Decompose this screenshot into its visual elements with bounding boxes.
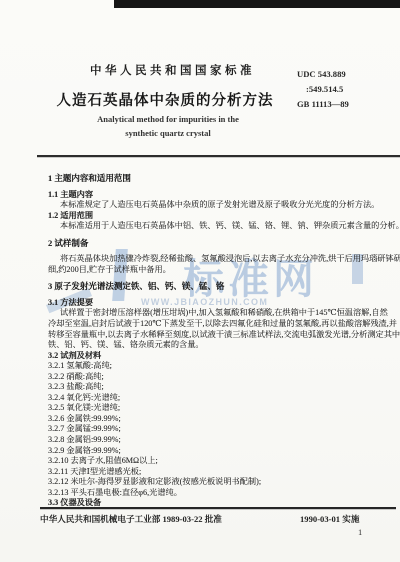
body-line: 1 主题内容和适用范围 [48, 173, 370, 184]
body-line: 本标准适用于人造压电石英晶体中铝、铁、钙、镁、锰、铬、锂、钠、钾杂质元素含量的分… [48, 221, 370, 232]
body-line: 3.2.8 金属铝:99.99%; [48, 435, 370, 446]
body-line: 3.2.13 平头石墨电极:直径φ6,光谱纯。 [48, 488, 370, 499]
body-line: 3.2.2 硝酸:高纯; [48, 372, 370, 383]
body-line: 1.1 主题内容 [48, 190, 370, 201]
body-line: 3.2.4 氧化钙:光谱纯; [48, 393, 370, 404]
body-line: 1.2 适用范围 [48, 211, 370, 222]
body-line: 2 试样制备 [48, 238, 370, 249]
body-line: 3.2.12 米吐尔-海得罗显影液和定影液(按感光板说明书配制); [48, 477, 370, 488]
body-line: 3.2 试剂及材料 [48, 351, 370, 362]
page-number: 1 [358, 527, 362, 537]
body-line: 3 原子发射光谱法测定铁、铝、钙、镁、锰、铬 [48, 281, 370, 292]
document-title: 人造石英晶体中杂质的分析方法 [0, 89, 330, 110]
body-line: 将石英晶体块加热骤冷炸裂,经稀盐酸、氢氟酸浸泡后,以去离子水充分冲洗,烘干后用玛… [48, 254, 370, 265]
udc-number: UDC 543.889 [297, 67, 349, 82]
national-standard-title: 中华人民共和国国家标准 [0, 62, 345, 78]
approval-text: 中华人民共和国机械电子工业部 1989-03-22 批准 [40, 513, 222, 525]
body-line: 3.2.1 氢氟酸:高纯; [48, 361, 370, 372]
body-line: 试样置于密封增压溶样器(增压坩埚)中,加入氢氟酸和稀硝酸,在烘箱中于145℃恒温… [48, 308, 370, 319]
document-page: 标准网 WWW.JBIAOZHUN.COM 中华人民共和国国家标准 UDC 54… [0, 0, 400, 562]
body-line: 转移至容量瓶中,以去离子水稀释至刻度,以试液干渍三标准试样法,交流电弧激发光谱,… [48, 330, 370, 341]
body-line: 3.2.9 金属铬:99.99%; [48, 446, 370, 457]
body-line: 3.2.5 氧化镁:光谱纯; [48, 403, 370, 414]
document-title-english-line2: synthetic quartz crystal [0, 128, 336, 138]
body-line: 冷却至室温,启封后试液于120℃下蒸发至干,以除去四氟化硅和过量的氢氟酸,再以盐… [48, 319, 370, 330]
body-line: 3.2.3 盐酸:高纯; [48, 382, 370, 393]
footer-rule [40, 507, 396, 509]
body-line: 3.2.7 金属锰:99.99%; [48, 424, 370, 435]
body-line: 3.2.10 去离子水,阻值6MΩ以上; [48, 456, 370, 467]
scan-top-bar [114, 0, 400, 8]
implementation-text: 1990-03-01 实施 [300, 513, 359, 525]
document-title-english-line1: Analytical method for impurities in the [0, 114, 336, 124]
body-line: 3.1 方法提要 [48, 298, 370, 309]
header-rule [37, 155, 400, 157]
body-line: 3.2.6 金属铁:99.99%; [48, 414, 370, 425]
document-body: 1 主题内容和适用范围1.1 主题内容本标准规定了人造压电石英晶体中杂质的原子发… [48, 167, 370, 509]
body-line: 本标准规定了人造压电石英晶体中杂质的原子发射光谱及原子吸收分光光度的分析方法。 [48, 200, 370, 211]
body-line: 细,约200目,贮存于试样瓶中备用。 [48, 265, 370, 276]
body-line: 铁、铝、钙、镁、锰、铬杂质元素的含量。 [48, 340, 370, 351]
body-line: 3.2.11 天津Ⅰ型光谱感光板; [48, 467, 370, 478]
